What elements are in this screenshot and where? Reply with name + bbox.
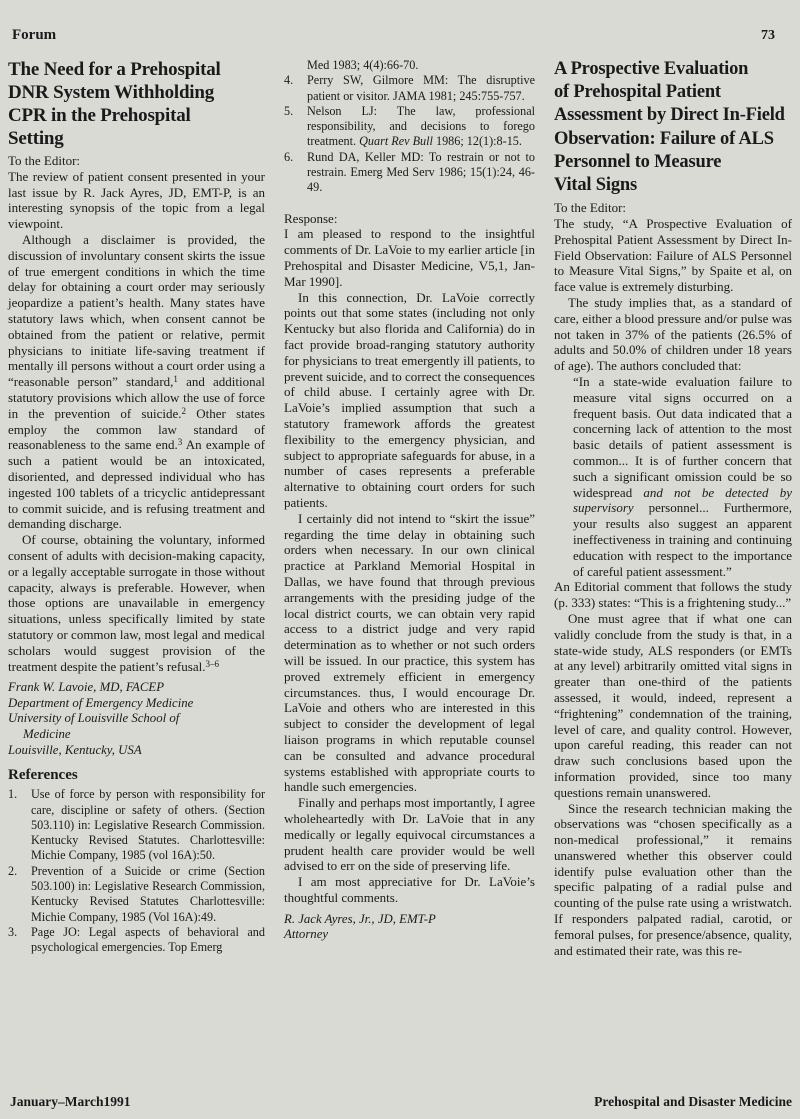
signature-line: Attorney bbox=[284, 927, 535, 943]
paragraph: The study, “A Prospective Evaluation of … bbox=[554, 216, 792, 295]
reference-number: 1. bbox=[8, 787, 31, 863]
reference-number: 5. bbox=[284, 104, 307, 150]
signature-block: Frank W. Lavoie, MD, FACEP Department of… bbox=[8, 680, 265, 758]
block-quote: “In a state-wide evaluation failure to m… bbox=[554, 374, 792, 579]
journal-name: Prehospital and Disaster Medicine bbox=[594, 1094, 792, 1110]
reference-item: 5. Nelson LJ: The law, professional resp… bbox=[284, 104, 535, 150]
reference-text: Page JO: Legal aspects of behavioral and… bbox=[31, 925, 265, 956]
references-heading: References bbox=[8, 767, 265, 784]
reference-number: 4. bbox=[284, 73, 307, 104]
paragraph: I am most appreciative for Dr. LaVoie’s … bbox=[284, 874, 535, 906]
reference-item: 2. Prevention of a Suicide or crime (Sec… bbox=[8, 864, 265, 925]
reference-item: 3. Page JO: Legal aspects of behavioral … bbox=[8, 925, 265, 956]
reference-number: 6. bbox=[284, 150, 307, 196]
signature-line: R. Jack Ayres, Jr., JD, EMT-P bbox=[284, 912, 535, 928]
reference-text: Rund DA, Keller MD: To restrain or not t… bbox=[307, 150, 535, 196]
reference-number: 2. bbox=[8, 864, 31, 925]
reference-continuation: Med 1983; 4(4):66-70. bbox=[284, 58, 535, 73]
signature-line: Medicine bbox=[8, 727, 265, 743]
salutation: To the Editor: bbox=[554, 200, 792, 216]
salutation: To the Editor: bbox=[8, 153, 265, 169]
paragraph: In this connection, Dr. LaVoie correctly… bbox=[284, 290, 535, 511]
paragraph: I am pleased to respond to the insightfu… bbox=[284, 226, 535, 289]
paragraph: One must agree that if what one can vali… bbox=[554, 611, 792, 801]
reference-text: Prevention of a Suicide or crime (Sectio… bbox=[31, 864, 265, 925]
paragraph: I certainly did not intend to “skirt the… bbox=[284, 511, 535, 795]
column-middle: Med 1983; 4(4):66-70. 4. Perry SW, Gilmo… bbox=[284, 58, 535, 1070]
signature-block: R. Jack Ayres, Jr., JD, EMT-P Attorney bbox=[284, 912, 535, 943]
paragraph: An Editorial comment that follows the st… bbox=[554, 579, 792, 611]
reference-text: Use of force by person with responsibili… bbox=[31, 787, 265, 863]
paragraph: The study implies that, as a standard of… bbox=[554, 295, 792, 374]
paragraph: Since the research technician making the… bbox=[554, 801, 792, 959]
reference-text: Perry SW, Gilmore MM: The disruptive pat… bbox=[307, 73, 535, 104]
page-footer: January–March1991 Prehospital and Disast… bbox=[10, 1094, 792, 1110]
response-heading: Response: bbox=[284, 211, 535, 227]
article-title-vital-signs-letter: A Prospective Evaluation of Prehospital … bbox=[554, 58, 792, 197]
issue-date: January–March1991 bbox=[10, 1094, 131, 1110]
section-label: Forum bbox=[12, 27, 56, 44]
column-right: A Prospective Evaluation of Prehospital … bbox=[554, 58, 792, 1070]
page-header: Forum 73 bbox=[0, 0, 800, 44]
reference-item: 4. Perry SW, Gilmore MM: The disruptive … bbox=[284, 73, 535, 104]
journal-page: Forum 73 The Need for a Prehospital DNR … bbox=[0, 0, 800, 1119]
signature-line: Frank W. Lavoie, MD, FACEP bbox=[8, 680, 265, 696]
paragraph: The review of patient consent presented … bbox=[8, 169, 265, 232]
signature-line: Louisville, Kentucky, USA bbox=[8, 743, 265, 759]
column-left: The Need for a Prehospital DNR System Wi… bbox=[8, 58, 265, 1070]
reference-item: 6. Rund DA, Keller MD: To restrain or no… bbox=[284, 150, 535, 196]
reference-item: 1. Use of force by person with responsib… bbox=[8, 787, 265, 863]
paragraph: Finally and perhaps most importantly, I … bbox=[284, 795, 535, 874]
reference-text: Nelson LJ: The law, professional respons… bbox=[307, 104, 535, 150]
columns: The Need for a Prehospital DNR System Wi… bbox=[0, 58, 800, 1070]
signature-line: Department of Emergency Medicine bbox=[8, 696, 265, 712]
article-title-dnr-letter: The Need for a Prehospital DNR System Wi… bbox=[8, 58, 265, 150]
reference-number: 3. bbox=[8, 925, 31, 956]
paragraph: Although a disclaimer is provided, the d… bbox=[8, 232, 265, 532]
page-number: 73 bbox=[761, 28, 775, 44]
signature-line: University of Louisville School of bbox=[8, 711, 265, 727]
paragraph: Of course, obtaining the voluntary, info… bbox=[8, 532, 265, 674]
